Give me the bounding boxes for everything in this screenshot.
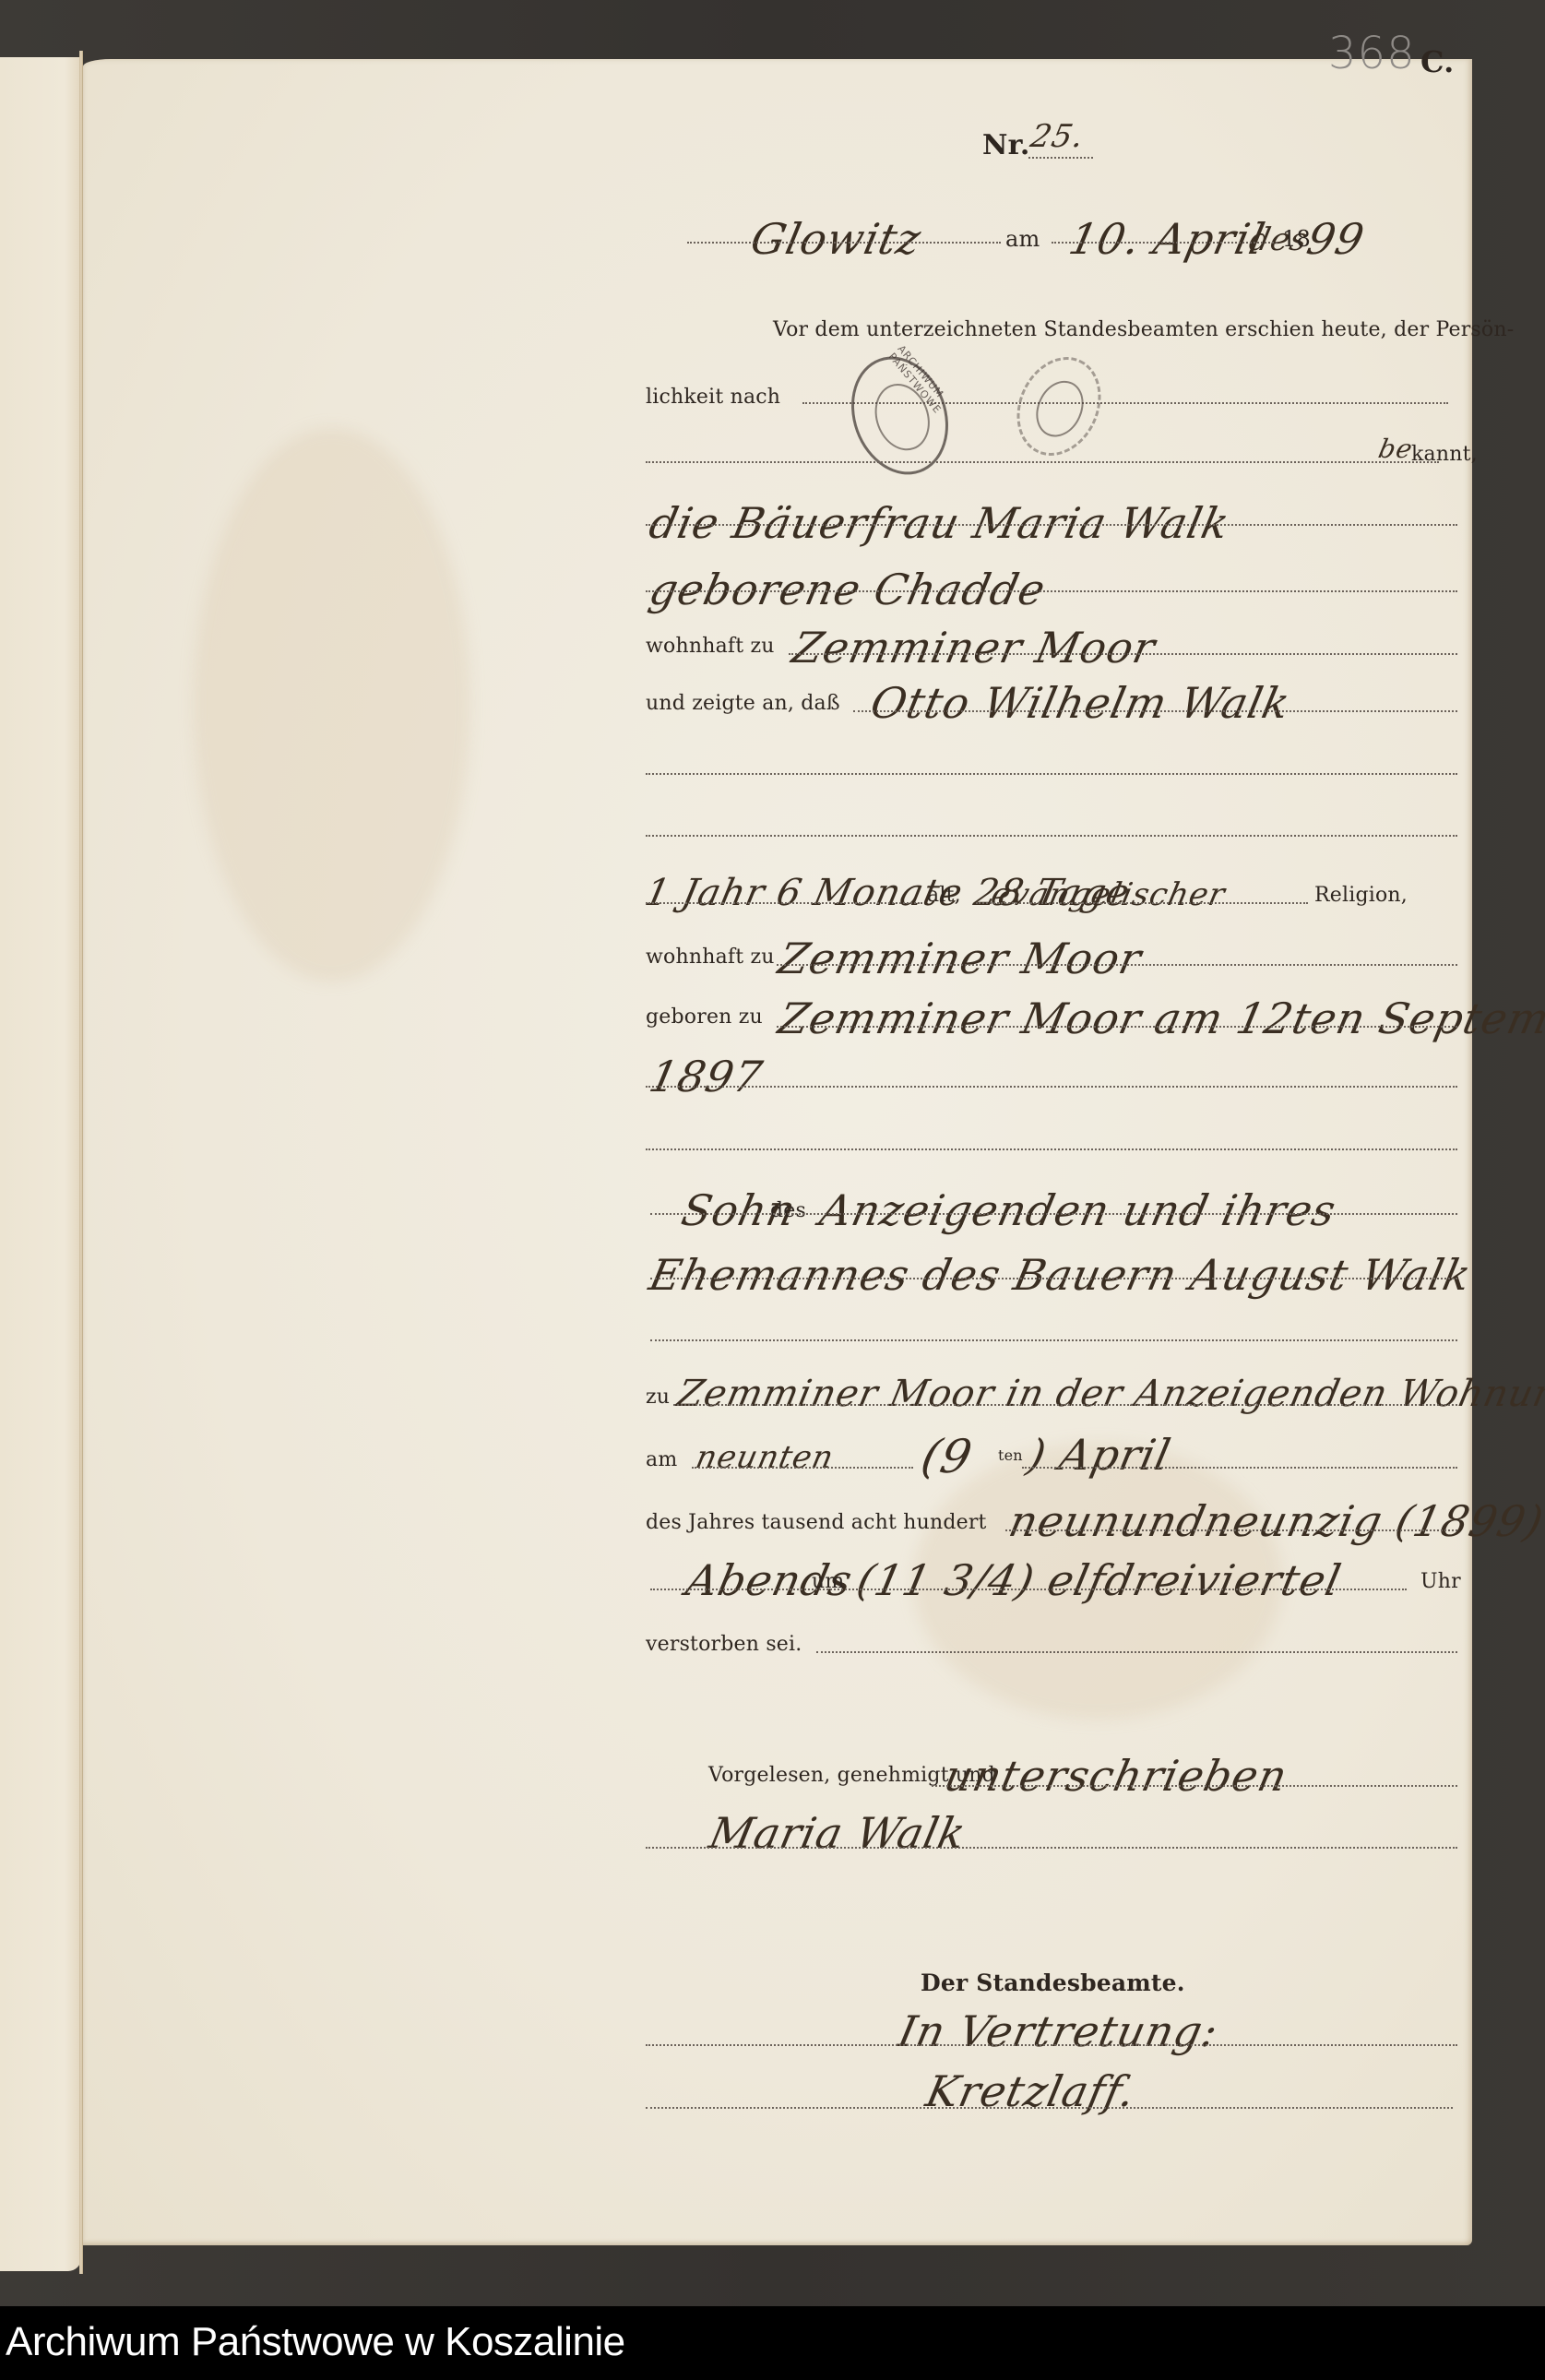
- death-year-label: des Jahres tausend acht hundert: [646, 1511, 987, 1534]
- known-prefix: be: [1375, 434, 1416, 464]
- dotted-line: [646, 773, 1457, 775]
- dotted-line: [646, 1148, 1457, 1150]
- age-suffix: alt,: [927, 884, 961, 907]
- archive-footer-bar: Archiwum Państwowe w Koszalinie: [0, 2306, 1545, 2380]
- birth-place-date: Zemminer Moor am 12ten September: [774, 994, 1545, 1043]
- dotted-line: [646, 1086, 1457, 1088]
- dotted-line: [853, 710, 1457, 712]
- dotted-line: [1022, 1467, 1457, 1469]
- dotted-line: [646, 1847, 1457, 1849]
- dotted-line: [692, 1467, 913, 1469]
- death-month: ) April: [1023, 1430, 1175, 1480]
- religion-hand: evangelischer: [988, 876, 1229, 913]
- informant-residence: Zemminer Moor: [788, 623, 1160, 672]
- informant-line1: die Bäuerfrau Maria Walk: [645, 498, 1234, 548]
- dotted-line: [932, 1785, 1457, 1787]
- dotted-line: [646, 2044, 1457, 2046]
- death-time-b: (11 3/4) elfdreiviertel: [852, 1555, 1346, 1605]
- death-place-label: zu: [646, 1386, 670, 1409]
- record-number-value: 25.: [1028, 118, 1088, 155]
- signature-informant: Maria Walk: [705, 1808, 970, 1858]
- registrar-title: Der Standesbeamte.: [921, 1969, 1185, 1996]
- record-number-label: Nr.: [982, 129, 1030, 161]
- death-year-words: neunundneunzig (1899): [1004, 1496, 1545, 1546]
- dotted-line: [650, 1213, 1457, 1215]
- read-hand: unterschrieben: [940, 1751, 1292, 1801]
- announced-label: und zeigte an, daß: [646, 692, 840, 715]
- date-label: am: [1005, 226, 1040, 252]
- dotted-line: [777, 964, 1457, 966]
- date-value: 10. April: [1064, 214, 1269, 264]
- dotted-line: [650, 1278, 1457, 1279]
- dotted-line: [816, 1651, 1457, 1653]
- death-time-suffix: Uhr: [1420, 1570, 1461, 1593]
- dotted-line: [646, 902, 922, 904]
- page-suffix: C.: [1420, 44, 1454, 79]
- dotted-line: [673, 1404, 1457, 1406]
- intro-line1: Vor dem unterzeichneten Standesbeamten e…: [773, 318, 1514, 341]
- known-suffix: kannt,: [1411, 443, 1478, 466]
- dotted-line: [789, 653, 1457, 655]
- year-hand: 99: [1302, 214, 1369, 264]
- paper-stain: [194, 428, 470, 982]
- dotted-line: [650, 1339, 1457, 1341]
- death-day-word: neunten: [693, 1439, 838, 1476]
- deceased-name: Otto Wilhelm Walk: [866, 678, 1294, 728]
- death-day-label: am: [646, 1448, 677, 1471]
- dotted-line: [646, 835, 1457, 837]
- dotted-line: [777, 1026, 1457, 1028]
- dotted-line: [1005, 1529, 1457, 1531]
- birth-label: geboren zu: [646, 1006, 763, 1029]
- residence-label: wohnhaft zu: [646, 635, 775, 658]
- informant-line2: geborene Chadde: [645, 565, 1050, 614]
- death-day-suffix: ten: [998, 1446, 1023, 1464]
- parent-line2: Ehemannes des Bauern August Walk: [645, 1250, 1476, 1300]
- dotted-line: [646, 2107, 1453, 2109]
- page-number-pencil: 368: [1328, 28, 1416, 79]
- died-label: verstorben sei.: [646, 1633, 802, 1656]
- left-page-edge: [0, 57, 81, 2271]
- death-place: Zemminer Moor in der Anzeigenden Wohnung: [673, 1373, 1545, 1415]
- dotted-line: [646, 461, 1439, 463]
- deceased-residence-label: wohnhaft zu: [646, 946, 775, 969]
- place: Glowitz: [746, 214, 925, 264]
- religion-label: Religion,: [1314, 884, 1408, 907]
- dotted-line: [1052, 242, 1278, 244]
- dotted-line: [976, 902, 1308, 904]
- dotted-line: [1028, 157, 1093, 159]
- birth-year: 1897: [645, 1052, 767, 1101]
- parent-line1-printed: des: [770, 1199, 806, 1222]
- archive-watermark: Archiwum Państwowe w Koszalinie: [6, 2319, 625, 2365]
- dotted-line: [687, 242, 1001, 244]
- stamp-inner-ring: [1028, 373, 1093, 445]
- dotted-line: [650, 1589, 1407, 1590]
- intro-line2-label: lichkeit nach: [646, 386, 780, 409]
- dotted-line: [646, 590, 1457, 592]
- dotted-line: [646, 524, 1457, 526]
- parent-line1-b: Anzeigenden und ihres: [815, 1185, 1340, 1235]
- deceased-residence: Zemminer Moor: [774, 934, 1147, 983]
- registrar-line1: In Vertretung:: [894, 2006, 1222, 2056]
